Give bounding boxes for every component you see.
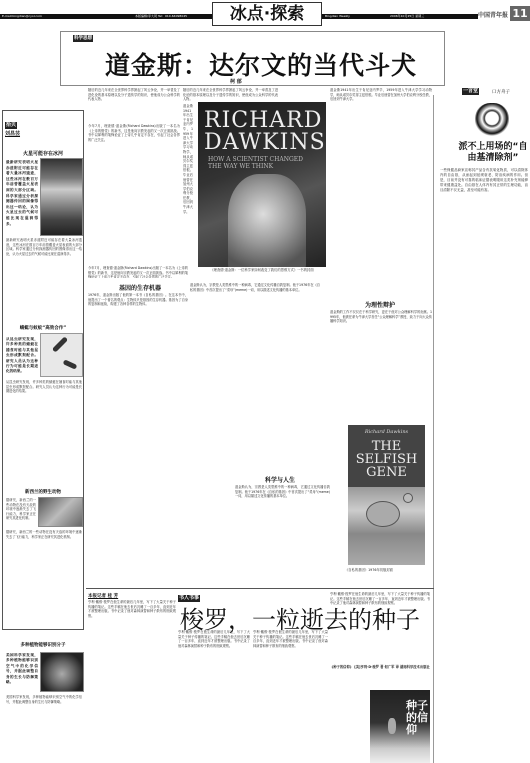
sidebar-item-title: 多种植物能够识别分子	[6, 642, 80, 648]
cover-illustration	[348, 487, 425, 565]
lead-author: 柯 郁	[230, 78, 242, 85]
sidebar-item-text-cont: 从昆虫研究发现，许多种类的蜻蜓在捕食时能与其他昆虫形成默契配合。研究人员认为这种…	[6, 380, 82, 485]
sidebar-author: 刘昌芸	[5, 130, 20, 137]
lead-body-p2: 今年7月，理查德·道金斯(Richard Dawkins)出版了一本名为《上帝的…	[88, 124, 180, 264]
bottom-body-col1: 亨利·戴维·梭罗在他生命的最后几年里，写下了大量关于种子传播的笔记。这些手稿在他…	[88, 600, 176, 763]
sidebar-item-text-cont: 美国科学家发现，多种植物能够识别空气中的化学信号，并据此调整自身的生长与防御策略…	[6, 695, 82, 760]
bottom-book-caption: 《种子的信仰》 [美]亨利·D·梭罗 著 何广军 译 湖南科学技术出版社	[330, 665, 430, 670]
paper-logo: 中国青年报	[478, 10, 508, 19]
header-bar: E-mail:bingdian@cyol.com 本版编辑/李大同 Tel：01…	[0, 14, 212, 19]
section-3-body: 道金斯认为，宗教是人类思维中的一种病毒，它通过文化传播自我复制。他于1976年在…	[235, 485, 330, 567]
lead-body-intro-right: 随后的近几年来在全世界科学界掀起了风云争论，并一举普及了进化论的基本原理以及分子…	[183, 88, 278, 102]
lead-body-p3: 道金斯1941年出生于肯尼亚内罗毕，1959年进入牛津大学学习动物学，师从诺贝尔…	[183, 104, 193, 264]
subhead-reason: 为理性辩护	[330, 300, 430, 309]
seed-book-cover: 种子的信仰	[370, 690, 430, 763]
header-date: 2006年10月25日 星期三	[390, 14, 424, 19]
section-2-body: 1976年，道金斯出版了他的第一本书《自私的基因》。在这本书中，他提出了一个著名…	[88, 293, 188, 555]
sidebar-item-text: 最新研究表明火星赤道附近可能存在着大量冰河遗迹，这些冰河在数百万年前曾覆盖火星表…	[6, 160, 38, 236]
bottom-byline: 本报记者 桂 芳	[88, 593, 118, 599]
page-number: 11	[510, 6, 530, 21]
selfish-gene-cover: Richard Dawkins THE SELFISH GENE	[348, 425, 425, 565]
right-column-text: 一些保健品商家宣称其产品含有抗氧化物质，可以清除体内的自由基，从而起到延缓衰老、…	[440, 168, 528, 763]
sidebar-item-text-cont: 最新研究表明火星赤道附近可能存在着大量冰河遗迹，这些冰河在数百万年前曾覆盖火星表…	[6, 238, 82, 310]
subhead-science-life: 科学与人生	[235, 475, 325, 484]
cover-title-line2: DAWKINS	[204, 132, 326, 154]
cover-author: Richard Dawkins	[348, 429, 425, 435]
header-english-name: Bingdian Weekly	[325, 14, 350, 18]
header-email: E-mail:bingdian@cyol.com	[2, 14, 42, 18]
right-column-title: 派不上用场的“自由基清除剂”	[458, 142, 528, 164]
column-rule	[433, 95, 434, 763]
seed-cover-title: 种子的信仰	[406, 700, 428, 736]
book-cover-1-caption: 《理查德·道金斯：一位科学家如何改变了我们的思维方式》一书的封面	[196, 268, 328, 273]
right-column-author: 口方舟子	[492, 89, 510, 95]
bottom-body-col4: 亨利·戴维·梭罗在他生命的最后几年里，写下了大量关于种子传播的笔记。这些手稿在他…	[330, 592, 430, 642]
cover-title-line1: RICHARD	[204, 110, 326, 132]
section-4-body: 道金斯的工作不仅仅在于科学研究，更在于他对公众理解科学的贡献。1995年，他被任…	[330, 310, 432, 410]
sidebar-item-text: 美国科学家发现，多种植物能够识别空气中的化学信号，并据此调整自身的生长与防御策略…	[6, 653, 38, 693]
bottom-section-rule	[86, 588, 434, 589]
sky-photo	[40, 158, 83, 236]
sidebar-tag: 拾贝	[5, 122, 17, 129]
animal-photo	[38, 497, 83, 527]
book-cover-2-caption: 《自私的基因》1976年初版封面	[345, 568, 430, 573]
bottom-body-col2: 亨利·戴维·梭罗在他生命的最后几年里，写下了大量关于种子传播的笔记。这些手稿在他…	[178, 630, 250, 763]
lead-body-p2-cont: 今年7月，理查德·道金斯(Richard Dawkins)出版了一本名为《上帝的…	[88, 266, 188, 278]
header-editor: 本版编辑/李大同 Tel：010-64098045	[135, 14, 187, 19]
bottom-body-col3: 亨利·戴维·梭罗在他生命的最后几年里，写下了大量关于种子传播的笔记。这些手稿在他…	[253, 630, 328, 763]
cover-subtitle: HOW A SCIENTIST CHANGED THE WAY WE THINK	[208, 156, 308, 170]
lead-title: 道金斯：达尔文的当代斗犬	[105, 46, 417, 82]
sidebar-item-title: 新西兰的野生动物	[6, 489, 80, 495]
sidebar-item-title: 火星可能存在冰河	[6, 150, 80, 157]
section-title: 冰点·探索	[212, 2, 322, 26]
insect-photo	[40, 333, 83, 377]
lead-column-tag: 科学思想	[73, 35, 93, 42]
sidebar-item-text: 从昆虫研究发现，许多种类的蜻蜓在捕食时能与其他昆虫形成默契配合。研究人员认为这种…	[6, 337, 38, 377]
portrait	[228, 174, 306, 267]
caricature	[475, 103, 509, 137]
brain-photo	[40, 652, 84, 692]
lead-body-intro: 随后的近几年来在全世界科学界掀起了风云争论，并一举普及了进化论的基本原理以及分子…	[88, 88, 180, 122]
sidebar-item-text-cont: 据研究，新西兰的一些动物在没有天敌的环境中逐渐失去了飞行能力，科学家正在研究其进…	[6, 530, 82, 602]
right-column-tag: 一言堂	[462, 88, 479, 95]
sidebar-item-text: 据研究，新西兰的一些动物在没有天敌的环境中逐渐失去了飞行能力，科学家正在研究其进…	[6, 498, 36, 528]
subhead-genes: 基因的生存机器	[90, 283, 190, 292]
dawkins-book-cover: RICHARD DAWKINS HOW A SCIENTIST CHANGED …	[198, 102, 326, 267]
sidebar-item-title: 蜻蜓与蚊蚁“高效合作”	[6, 325, 80, 331]
lead-body-col4: 道金斯1941年出生于肯尼亚内罗毕，1959年进入牛津大学学习动物学，师从诺贝尔…	[330, 88, 432, 298]
cover-title-3: GENE	[348, 466, 425, 479]
